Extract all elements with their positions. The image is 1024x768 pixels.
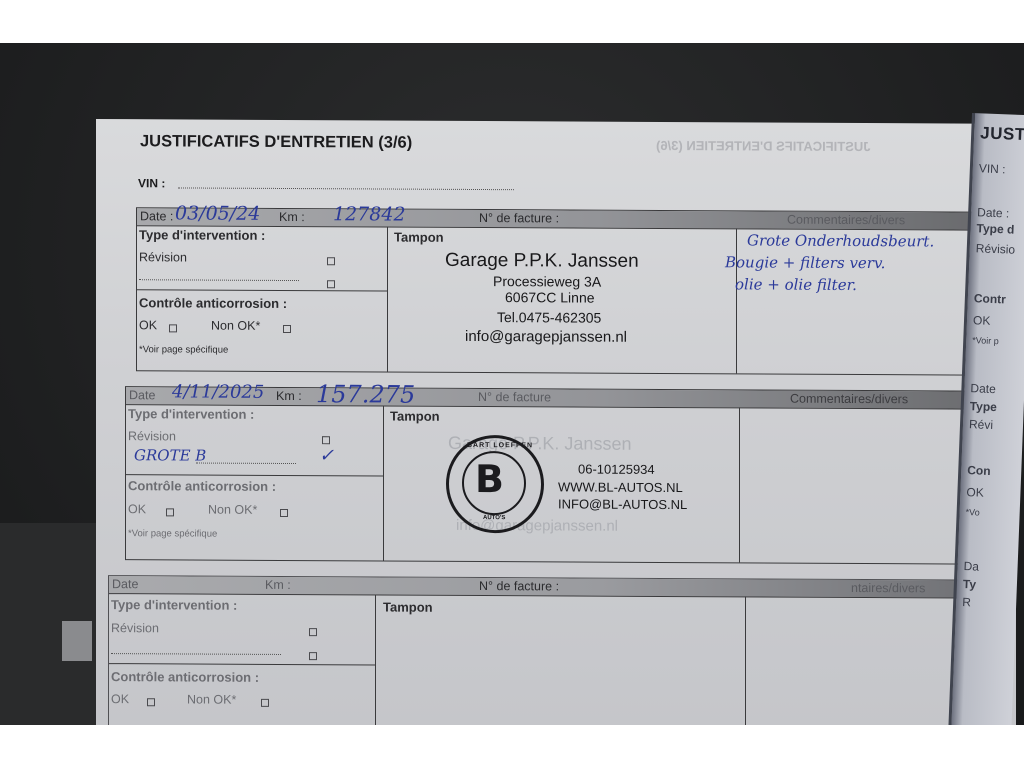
next-page-type-2: Type [969,399,997,414]
revision-label: Révision [139,250,187,264]
handwritten-km: 127842 [333,203,406,225]
stamp-phone: 06-10125934 [578,462,655,477]
next-page-ok-2: OK [966,485,984,500]
seal-top-text: BART LOEFFEN [467,442,533,449]
stamp-label: Tampon [390,409,440,424]
page-title: JUSTIFICATIFS D'ENTRETIEN (3/6) [140,132,412,152]
business-seal: BART LOEFFEN B AUTO'S [446,435,544,534]
stamp-city: 6067CC Linne [505,289,595,305]
stamp-label: Tampon [383,600,433,615]
comment-line-2: Bougie + filters verv. [725,253,885,272]
stamp-garage-name: Garage P.P.K. Janssen [445,250,639,273]
other-intervention-checkbox[interactable] [327,280,335,288]
date-label: Date [129,388,155,402]
ok-label: OK [111,692,129,706]
revision-label: Révision [128,429,176,443]
invoice-label: N° de facture : [479,579,559,593]
not-ok-label: Non OK* [211,319,260,333]
comments-label: Commentaires/divers [787,213,905,228]
ok-label: OK [139,318,157,332]
intervention-type-label: Type d'intervention : [139,227,265,243]
see-page-note: *Voir page spécifique [128,528,217,539]
page-tab-marker [62,621,92,661]
stamp-label: Tampon [394,230,444,245]
divider [137,289,387,291]
next-page-see: *Voir p [972,335,999,346]
intervention-type-label: Type d'intervention : [128,406,254,422]
ok-checkbox[interactable] [166,508,174,516]
intervention-column: Type d'intervention : Révision Contrôle … [137,225,388,371]
next-page-ok: OK [973,313,991,328]
handwritten-date: 4/11/2025 [172,381,264,402]
revision-checkbox[interactable] [309,628,317,636]
next-page-control: Contr [974,291,1007,306]
other-intervention-field[interactable] [139,271,299,281]
stamp-divider [745,596,746,725]
intervention-column: Type d'intervention : Révision Contrôle … [109,593,376,725]
next-page-revision-2: Révi [969,417,994,432]
not-ok-checkbox[interactable] [261,699,269,707]
invoice-label: N° de facture : [479,211,559,225]
comment-line-1: Grote Onderhoudsbeurt. [747,231,934,250]
maintenance-entry-1: Date : Km : N° de facture : Commentaires… [136,207,974,375]
intervention-type-label: Type d'intervention : [111,597,237,613]
see-page-note: *Voir page spécifique [139,344,228,355]
date-label: Date [112,577,138,591]
not-ok-checkbox[interactable] [283,325,291,333]
stamp-address: Processieweg 3A [493,273,601,290]
photo-background: JUSTIFICATIFS D'ENTRETIEN (3/6) JUSTIFIC… [0,43,1024,725]
next-page-date-3: Da [963,559,979,574]
not-ok-label: Non OK* [187,692,236,706]
revision-checkbox[interactable] [322,436,330,444]
anticorrosion-label: Contrôle anticorrosion : [139,295,287,311]
other-intervention-field[interactable] [196,455,296,465]
stamp-website: WWW.BL-AUTOS.NL [558,479,683,495]
ok-checkbox[interactable] [147,698,155,706]
comments-label: Commentaires/divers [790,392,908,407]
seal-bottom-text: AUTO'S [483,515,505,521]
next-page-vin: VIN : [979,161,1006,176]
next-page-revision-3: R [962,595,971,609]
stamp-divider [736,228,737,373]
next-page-control-2: Con [967,463,991,478]
comments-label: ntaires/divers [851,581,925,595]
vin-label: VIN : [138,176,165,190]
stamp-phone: Tel.0475-462305 [497,309,601,326]
other-intervention-field[interactable] [111,645,281,655]
next-page-type: Type d [976,221,1014,236]
maintenance-entry-2: Date Km : N° de facture Commentaires/div… [125,386,993,565]
handwritten-date: 03/05/24 [175,202,260,224]
comment-line-3: olie + olie filter. [735,275,857,294]
bottom-border [0,725,1024,768]
next-page-see-2: *Vo [965,507,979,518]
divider [126,474,383,476]
stamp-email: INFO@BL-AUTOS.NL [558,496,687,512]
anticorrosion-label: Contrôle anticorrosion : [111,669,259,685]
km-label: Km : [279,210,305,224]
not-ok-label: Non OK* [208,503,257,517]
bleed-through-title: JUSTIFICATIFS D'ENTRETIEN (3/6) [656,138,870,154]
vin-field[interactable] [178,177,514,190]
intervention-column: Type d'intervention : Révision GROTE B ✓… [126,404,384,560]
divider [109,663,375,665]
next-page-revision: Révisio [976,241,1016,257]
date-label: Date : [140,209,173,223]
maintenance-entry-3: Date Km : N° de facture : ntaires/divers… [108,575,1006,725]
next-page-type-3: Ty [963,577,977,591]
ok-label: OK [128,502,146,516]
next-page-title: JUSTI [980,123,1024,145]
maintenance-booklet-page: JUSTIFICATIFS D'ENTRETIEN (3/6) JUSTIFIC… [96,119,1016,725]
not-ok-checkbox[interactable] [280,509,288,517]
other-intervention-checkbox[interactable] [309,652,317,660]
km-label: Km : [265,578,291,592]
km-label: Km : [276,389,302,403]
next-page-date: Date : [977,205,1010,220]
stamp-divider [739,407,740,562]
next-page-date-2: Date [970,381,996,396]
revision-label: Révision [111,621,159,635]
anticorrosion-label: Contrôle anticorrosion : [128,478,276,494]
invoice-label: N° de facture [478,390,551,404]
other-intervention-checkmark: ✓ [319,445,334,466]
revision-checkbox[interactable] [327,257,335,265]
seal-logo-icon: B [475,460,504,498]
stamp-email: info@garagepjanssen.nl [465,328,627,346]
ok-checkbox[interactable] [169,324,177,332]
